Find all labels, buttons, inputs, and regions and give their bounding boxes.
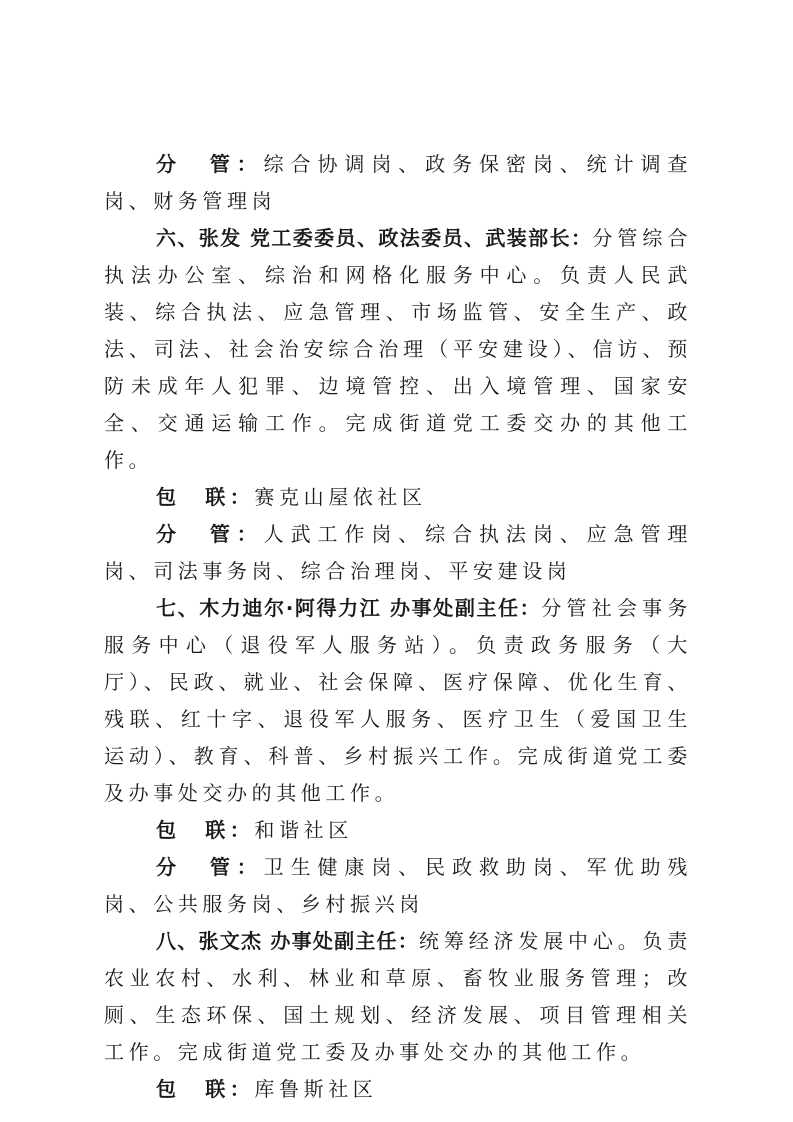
liaison-text: 和谐社区 — [254, 818, 352, 842]
section-text: 分管社会事务服务中心（退役军人服务站）。负责政务服务（大厅）、民政、就业、社会保… — [104, 596, 692, 805]
section-text: 分管综合执法办公室、综治和网格化服务中心。负责人民武装、综合执法、应急管理、市场… — [104, 226, 692, 472]
section-paragraph-8: 八、张文杰 办事处副主任：统筹经济发展中心。负责农业农村、水利、林业和草原、畜牧… — [104, 923, 692, 1071]
liaison-label: 包 联： — [156, 1077, 254, 1101]
assignment-label: 分 管： — [156, 855, 264, 879]
section-heading: 七、木力迪尔·阿得力江 办事处副主任： — [156, 596, 541, 620]
liaison-label: 包 联： — [156, 485, 254, 509]
assignment-paragraph: 分 管：综合协调岗、政务保密岗、统计调查岗、财务管理岗 — [104, 146, 692, 220]
assignment-paragraph: 分 管：人武工作岗、综合执法岗、应急管理岗、司法事务岗、综合治理岗、平安建设岗 — [104, 516, 692, 590]
liaison-label: 包 联： — [156, 818, 254, 842]
assignment-label: 分 管： — [156, 152, 264, 176]
liaison-paragraph: 包 联：库鲁斯社区 — [104, 1071, 692, 1108]
section-heading: 八、张文杰 办事处副主任： — [156, 929, 419, 953]
assignment-paragraph: 分 管：卫生健康岗、民政救助岗、军优助残岗、公共服务岗、乡村振兴岗 — [104, 849, 692, 923]
document-page: 分 管：综合协调岗、政务保密岗、统计调查岗、财务管理岗 六、张发 党工委委员、政… — [104, 146, 692, 1108]
section-paragraph-7: 七、木力迪尔·阿得力江 办事处副主任：分管社会事务服务中心（退役军人服务站）。负… — [104, 590, 692, 812]
section-heading: 六、张发 党工委委员、政法委员、武装部长： — [156, 226, 592, 250]
liaison-text: 库鲁斯社区 — [254, 1077, 377, 1101]
section-paragraph-6: 六、张发 党工委委员、政法委员、武装部长：分管综合执法办公室、综治和网格化服务中… — [104, 220, 692, 479]
liaison-text: 赛克山屋依社区 — [254, 485, 426, 509]
liaison-paragraph: 包 联：赛克山屋依社区 — [104, 479, 692, 516]
liaison-paragraph: 包 联：和谐社区 — [104, 812, 692, 849]
assignment-label: 分 管： — [156, 522, 264, 546]
